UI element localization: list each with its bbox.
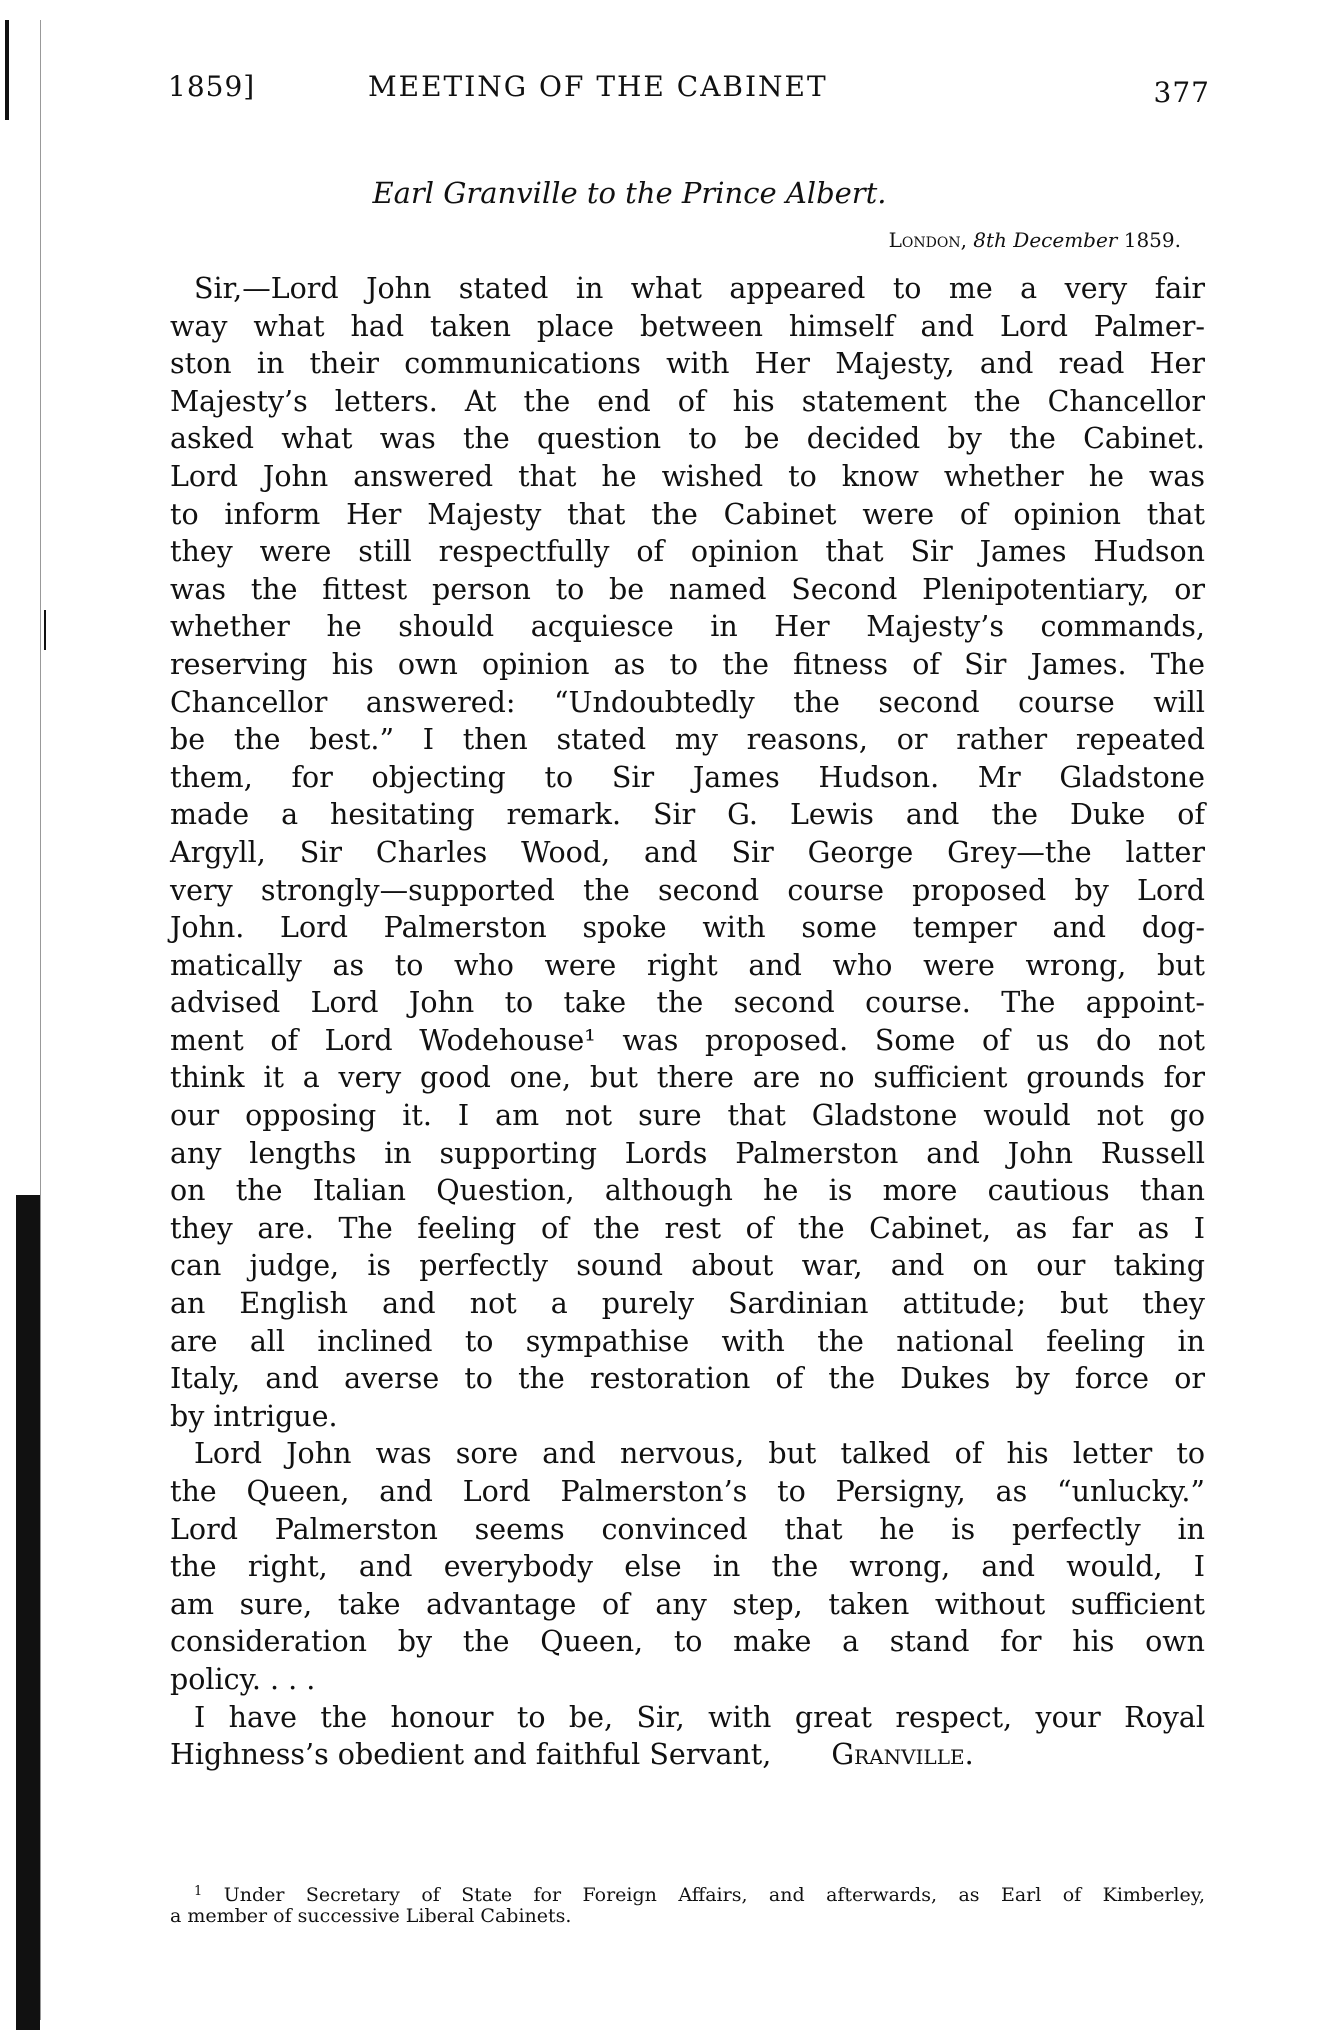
scan-edge-mark	[44, 610, 46, 650]
header-title: MEETING OF THE CABINET	[368, 70, 828, 103]
footnote-line: a member of successive Liberal Cabinets.	[170, 1904, 1205, 1928]
text-line: was the fittest person to be named Secon…	[170, 571, 1205, 609]
text-line: am sure, take advantage of any step, tak…	[170, 1586, 1205, 1624]
text-line: think it a very good one, but there are …	[170, 1059, 1205, 1097]
text-line: Argyll, Sir Charles Wood, and Sir George…	[170, 834, 1205, 872]
closing-text: Highness’s obedient and faithful Servant…	[170, 1738, 771, 1771]
text-line: they are. The feeling of the rest of the…	[170, 1210, 1205, 1248]
text-line: consideration by the Queen, to make a st…	[170, 1623, 1205, 1661]
running-header: 1859] MEETING OF THE CABINET 377	[168, 70, 1200, 114]
text-line: I have the honour to be, Sir, with great…	[170, 1699, 1205, 1737]
letter-title-text: Earl Granville to the Prince Albert.	[372, 176, 886, 210]
dateline: London, 8th December 1859.	[889, 228, 1181, 252]
scan-edge-mark	[5, 20, 9, 120]
text-line: to inform Her Majesty that the Cabinet w…	[170, 496, 1205, 534]
text-line: made a hesitating remark. Sir G. Lewis a…	[170, 796, 1205, 834]
text-line: ment of Lord Wodehouse¹ was proposed. So…	[170, 1022, 1205, 1060]
book-page: 1859] MEETING OF THE CABINET 377 Earl Gr…	[0, 0, 1339, 2030]
text-line: reserving his own opinion as to the fitn…	[170, 646, 1205, 684]
dateline-year: 1859.	[1124, 228, 1181, 252]
text-line: way what had taken place between himself…	[170, 308, 1205, 346]
text-line: they were still respectfully of opinion …	[170, 533, 1205, 571]
text-line: them, for objecting to Sir James Hudson.…	[170, 759, 1205, 797]
text-line: be the best.” I then stated my reasons, …	[170, 721, 1205, 759]
signature: Granville.	[831, 1736, 973, 1774]
text-line: Lord John answered that he wished to kno…	[170, 458, 1205, 496]
text-line: Lord Palmerston seems convinced that he …	[170, 1511, 1205, 1549]
text-line: the Queen, and Lord Palmerston’s to Pers…	[170, 1473, 1205, 1511]
footnotes: 1 Under Secretary of State for Foreign A…	[170, 1880, 1205, 1928]
footnote-text: Under Secretary of State for Foreign Aff…	[224, 1884, 1205, 1906]
scan-edge-line	[40, 20, 41, 2020]
letter-title: Earl Granville to the Prince Albert.	[0, 176, 1339, 210]
text-line: our opposing it. I am not sure that Glad…	[170, 1097, 1205, 1135]
text-line: the right, and everybody else in the wro…	[170, 1548, 1205, 1586]
text-line: ston in their communications with Her Ma…	[170, 345, 1205, 383]
text-line: whether he should acquiesce in Her Majes…	[170, 608, 1205, 646]
text-line: an English and not a purely Sardinian at…	[170, 1285, 1205, 1323]
text-line: Majesty’s letters. At the end of his sta…	[170, 383, 1205, 421]
scan-binding-shadow	[16, 1195, 40, 2030]
footnote-line: 1 Under Secretary of State for Foreign A…	[170, 1880, 1205, 1904]
text-line: are all inclined to sympathise with the …	[170, 1323, 1205, 1361]
text-line: Chancellor answered: “Undoubtedly the se…	[170, 684, 1205, 722]
text-line: any lengths in supporting Lords Palmerst…	[170, 1135, 1205, 1173]
letter-body: Sir,—Lord John stated in what appeared t…	[170, 270, 1205, 1774]
text-line: advised Lord John to take the second cou…	[170, 984, 1205, 1022]
text-line: on the Italian Question, although he is …	[170, 1172, 1205, 1210]
text-line: can judge, is perfectly sound about war,…	[170, 1247, 1205, 1285]
text-line: matically as to who were right and who w…	[170, 947, 1205, 985]
footnote-mark: 1	[194, 1884, 202, 1899]
footnote-text: a member of successive Liberal Cabinets.	[170, 1905, 571, 1927]
header-year: 1859]	[168, 70, 255, 103]
text-line: Lord John was sore and nervous, but talk…	[170, 1435, 1205, 1473]
text-line: asked what was the question to be decide…	[170, 420, 1205, 458]
text-line: Italy, and averse to the restoration of …	[170, 1360, 1205, 1398]
closing-line: Highness’s obedient and faithful Servant…	[170, 1736, 1205, 1774]
text-line: by intrigue.	[170, 1398, 1205, 1436]
text-line: Sir,—Lord John stated in what appeared t…	[170, 270, 1205, 308]
page-number: 377	[1154, 76, 1210, 109]
dateline-place: London	[889, 228, 961, 252]
text-line: policy. . . .	[170, 1661, 1205, 1699]
text-line: very strongly—supported the second cours…	[170, 872, 1205, 910]
text-line: John. Lord Palmerston spoke with some te…	[170, 909, 1205, 947]
dateline-day: 8th December	[973, 228, 1117, 252]
